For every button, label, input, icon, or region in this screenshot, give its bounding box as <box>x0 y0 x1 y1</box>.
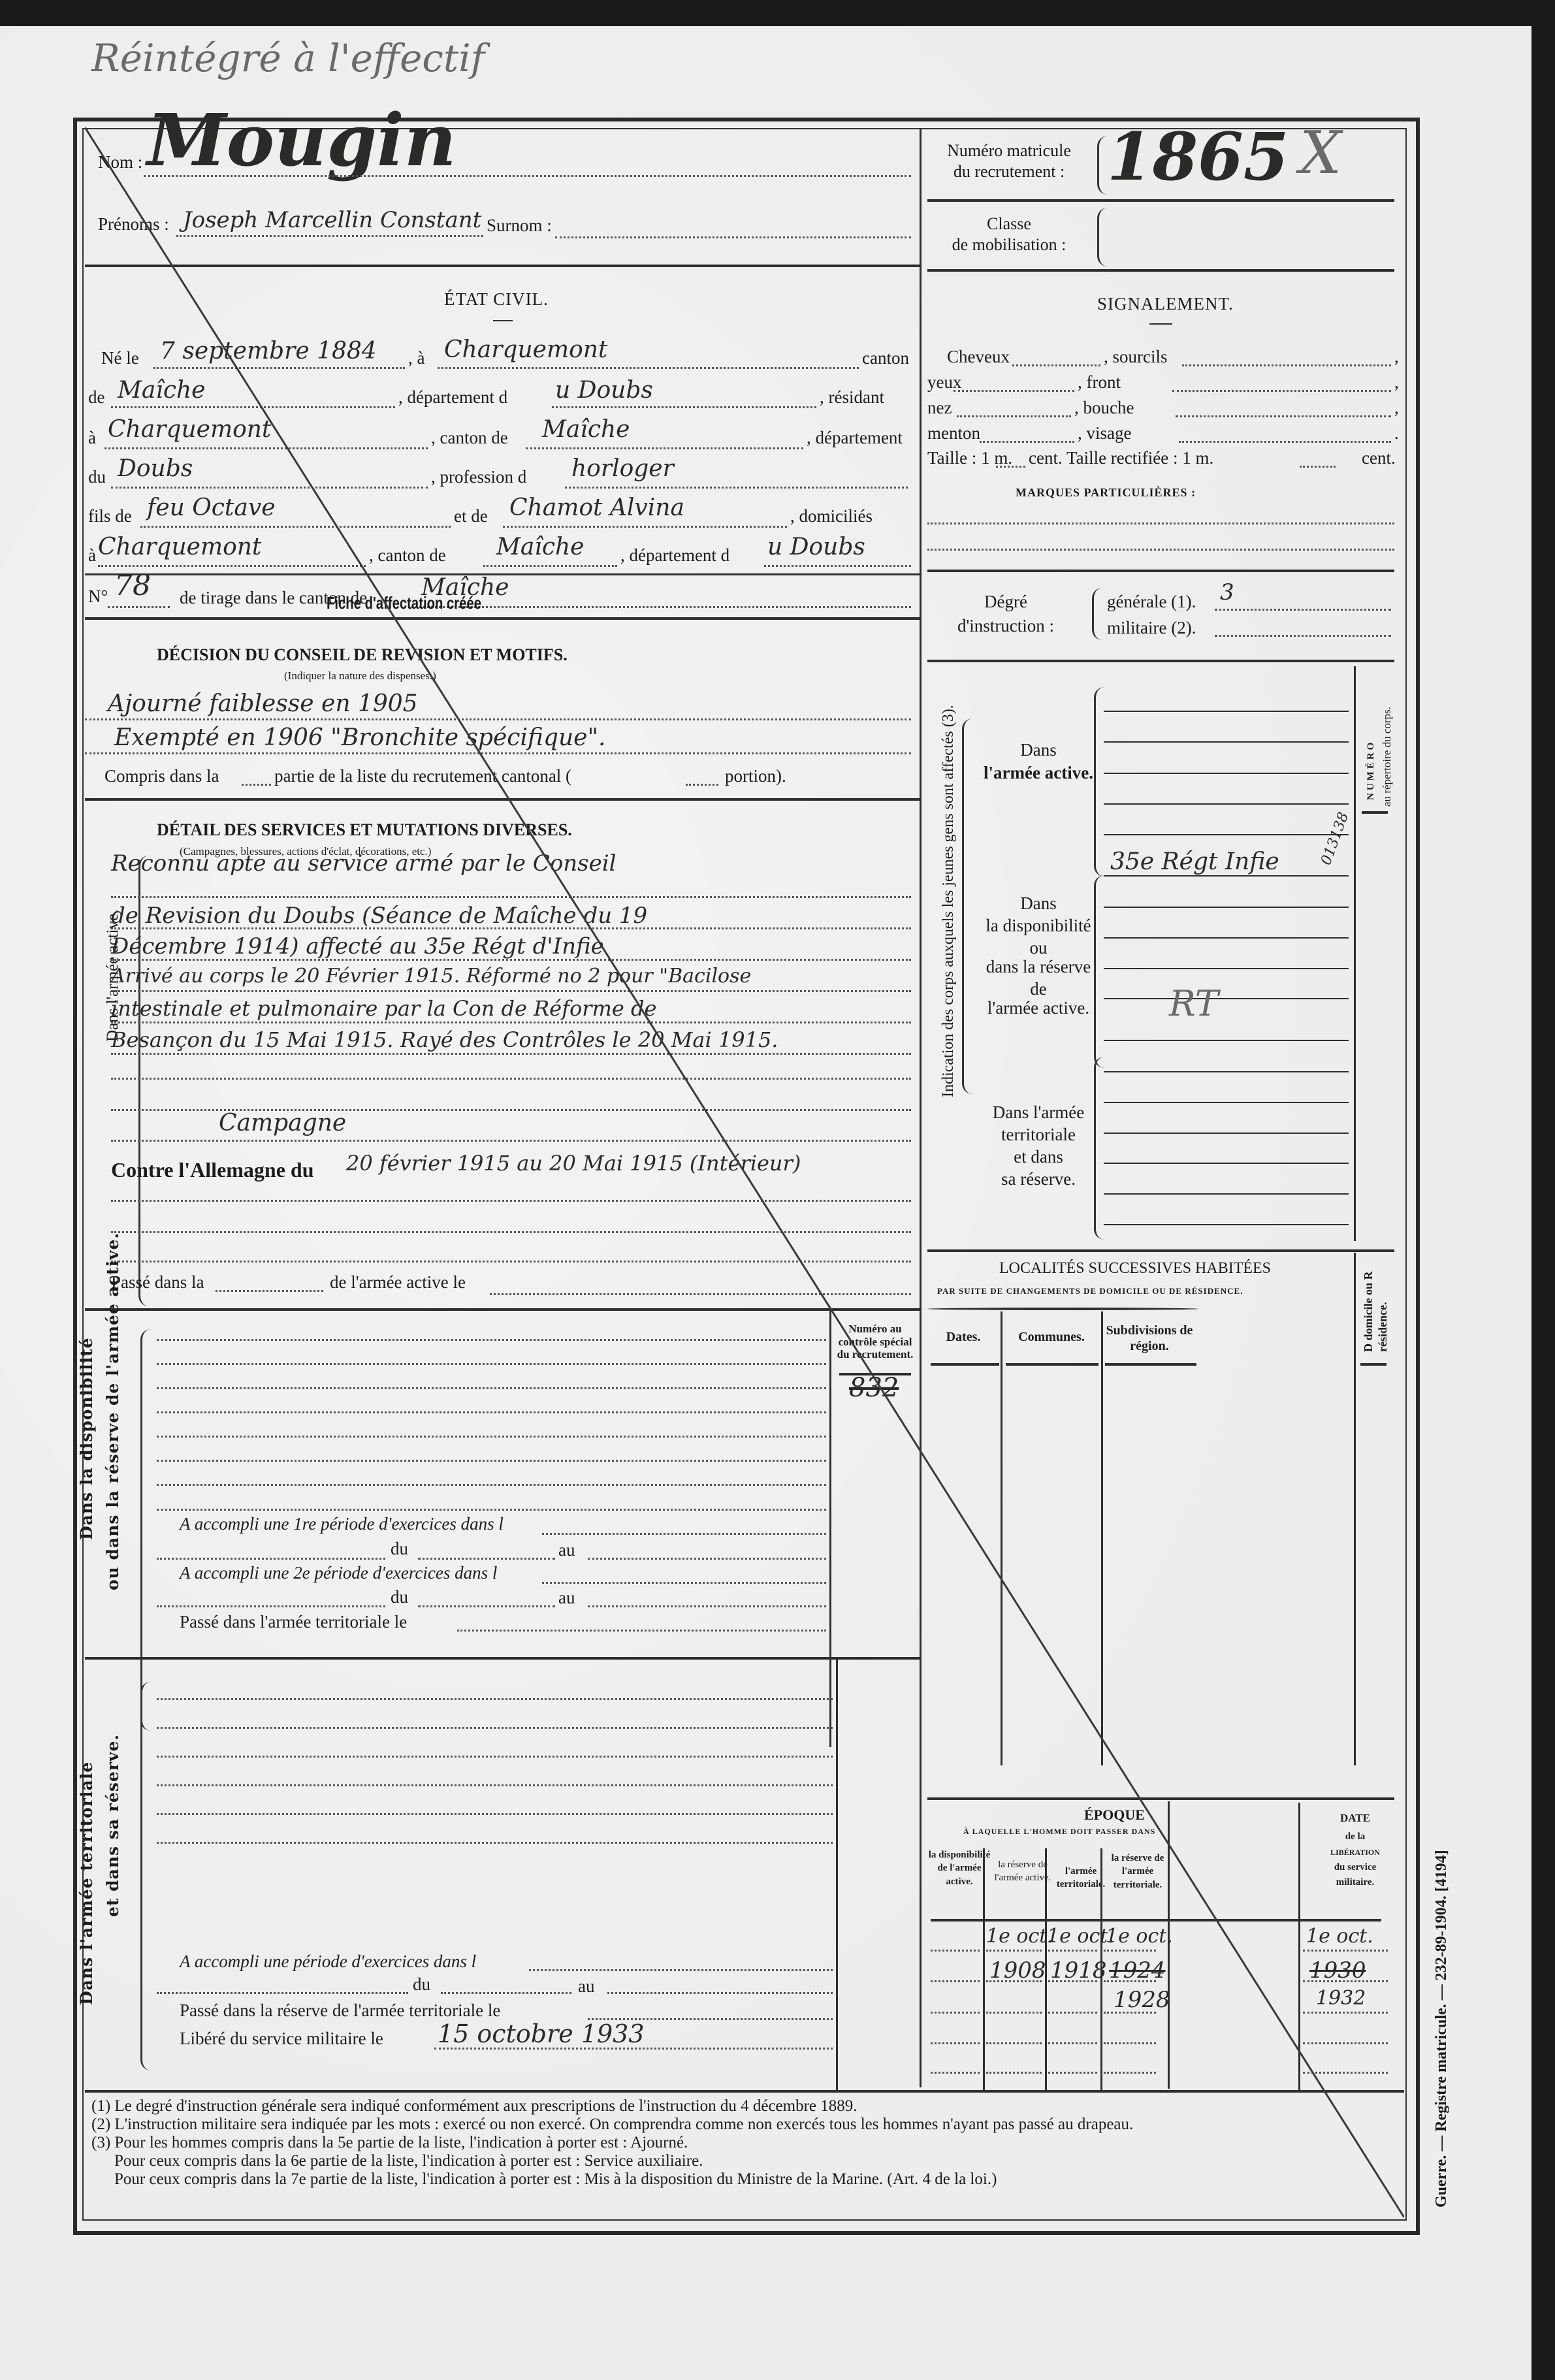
marques-title: MARQUES PARTICULIÈRES : <box>1016 487 1196 498</box>
col-communes: Communes. <box>1002 1330 1100 1343</box>
fiche-affectation-stamp: Fiche d'affectation créée <box>327 594 481 611</box>
footnote-4: Pour ceux compris dans la 6e partie de l… <box>114 2153 703 2169</box>
numero-repertoire-header-2: au répertoire du corps. <box>1381 707 1392 807</box>
matricule-value: 1865 <box>1107 124 1289 189</box>
liberation-date: 1e oct. <box>1306 1927 1373 1946</box>
footnote-1: (1) Le degré d'instruction générale sera… <box>91 2098 858 2114</box>
departement-residence: Doubs <box>118 457 193 481</box>
domicile-parents: Charquemont <box>98 536 261 559</box>
disponibilite-side-label-2: ou dans la réserve de l'armée active. <box>104 1232 121 1590</box>
epoque-subtitle: À LAQUELLE L'HOMME DOIT PASSER DANS <box>963 1827 1155 1835</box>
nom-value: Mougin <box>147 105 457 176</box>
col-disponibilite: la disponibilité de l'armée active. <box>927 1848 991 1888</box>
corps-side-label: Indication des corps auxquels les jeunes… <box>940 705 956 1097</box>
territoriale-side-label-2: et dans sa réserve. <box>104 1734 121 1917</box>
col-reserve-territoriale: la réserve de l'armée territoriale. <box>1109 1852 1166 1891</box>
territoriale-side-label-1: Dans l'armée territoriale <box>78 1761 95 2005</box>
numero-tirage: 78 <box>114 571 151 600</box>
col-domicile-residence: D domicile ou R résidence. <box>1362 1247 1390 1352</box>
campagne-title: Campagne <box>219 1112 346 1135</box>
campagne-label: Contre l'Allemagne du <box>111 1159 314 1180</box>
decision-line-2: Exempté en 1906 "Bronchite spécifique". <box>114 726 605 750</box>
footnote-3: (3) Pour les hommes compris dans la 5e p… <box>91 2134 688 2151</box>
numero-repertoire-header-1: NUMÉRO <box>1366 740 1376 800</box>
departement-parents: u Doubs <box>767 536 865 559</box>
controle-value: 832 <box>849 1375 899 1401</box>
service-line-4: Arrivé au corps le 20 Février 1915. Réfo… <box>111 967 751 986</box>
residence: Charquemont <box>108 418 271 442</box>
lieu-naissance: Charquemont <box>444 338 607 362</box>
canton-parents: Maîche <box>496 536 585 559</box>
territoriale-date: 1e oct. <box>1047 1927 1114 1946</box>
footnote-5: Pour ceux compris dans la 7e partie de l… <box>114 2171 997 2187</box>
corps-dispo-value: 35e Régt Infie <box>1110 850 1279 874</box>
reserve-territoriale-year-struck: 1924 <box>1109 1959 1166 1982</box>
territoriale-year: 1918 <box>1050 1959 1107 1982</box>
campagne-dates: 20 février 1915 au 20 Mai 1915 (Intérieu… <box>346 1153 801 1174</box>
liberation-year: 1932 <box>1316 1989 1366 2008</box>
instruction-generale-value: 3 <box>1220 581 1234 603</box>
surnom-label: Surnom : <box>487 217 552 234</box>
mere: Chamot Alvina <box>509 496 684 520</box>
decision-line-1: Ajourné faiblesse en 1905 <box>108 692 418 716</box>
epoque-title: ÉPOQUE <box>1084 1808 1145 1822</box>
service-line-5: intestinale et pulmonaire par la Con de … <box>111 998 656 1019</box>
controle-header: Numéro au contrôle spécial du recrutemen… <box>833 1323 918 1361</box>
reserve-territoriale-date: 1e oct. <box>1106 1927 1173 1946</box>
decision-subtitle: (Indiquer la nature des dispenses.) <box>284 670 436 681</box>
corps-pencil-mark: RT <box>1169 986 1219 1021</box>
profession: horloger <box>571 457 674 481</box>
register-page: Réintégré à l'effectif Nom : Mougin Prén… <box>0 26 1531 2380</box>
col-reserve-active: la réserve de l'armée active. <box>993 1858 1053 1885</box>
pencil-header-note: Réintégré à l'effectif <box>91 39 485 77</box>
services-title: DÉTAIL DES SERVICES ET MUTATIONS DIVERSE… <box>157 822 572 839</box>
col-territoriale: l'armée territoriale. <box>1054 1865 1108 1891</box>
prenoms-label: Prénoms : <box>98 216 169 233</box>
col-subdivisions: Subdivisions de région. <box>1104 1323 1195 1354</box>
decision-title: DÉCISION DU CONSEIL DE REVISION ET MOTIF… <box>157 647 568 664</box>
localites-title: LOCALITÉS SUCCESSIVES HABITÉES <box>999 1261 1271 1276</box>
canton-residence: Maîche <box>542 418 630 442</box>
prenoms-value: Joseph Marcellin Constant <box>183 209 481 231</box>
matricule-pencil-mark: X <box>1300 124 1341 183</box>
register-imprint: Guerre. — Registre matricule. — 232-89-1… <box>1434 1850 1449 2208</box>
canton-naissance: Maîche <box>118 379 206 402</box>
signalement-title: SIGNALEMENT. <box>1097 295 1234 313</box>
service-line-2: de Revision du Doubs (Séance de Maîche d… <box>111 905 647 927</box>
service-line-6: Besançon du 15 Mai 1915. Rayé des Contrô… <box>111 1029 778 1050</box>
service-line-1: Reconnu apte au service armé par le Cons… <box>111 852 617 875</box>
ne-le-label: Né le <box>101 349 139 367</box>
date-naissance: 7 septembre 1884 <box>160 340 377 363</box>
reserve-active-year: 1908 <box>989 1959 1046 1982</box>
nom-label: Nom : <box>98 153 142 171</box>
reserve-active-date: 1e oct. <box>986 1927 1053 1946</box>
footnote-2: (2) L'instruction militaire sera indiqué… <box>91 2116 1133 2132</box>
localites-subtitle: PAR SUITE DE CHANGEMENTS DE DOMICILE OU … <box>937 1287 1243 1295</box>
reserve-territoriale-year: 1928 <box>1114 1989 1170 2011</box>
col-dates: Dates. <box>927 1330 999 1343</box>
liberation-year-struck: 1930 <box>1309 1959 1366 1982</box>
column-divider <box>920 128 922 2087</box>
pere: feu Octave <box>147 496 276 520</box>
service-line-3: Décembre 1914) affecté au 35e Régt d'Inf… <box>111 935 604 957</box>
libere-value: 15 octobre 1933 <box>438 2021 645 2046</box>
disponibilite-side-label-1: Dans la disponibilité <box>78 1337 95 1540</box>
departement-naissance: u Doubs <box>555 379 653 402</box>
etat-civil-title: ÉTAT CIVIL. <box>444 291 549 308</box>
